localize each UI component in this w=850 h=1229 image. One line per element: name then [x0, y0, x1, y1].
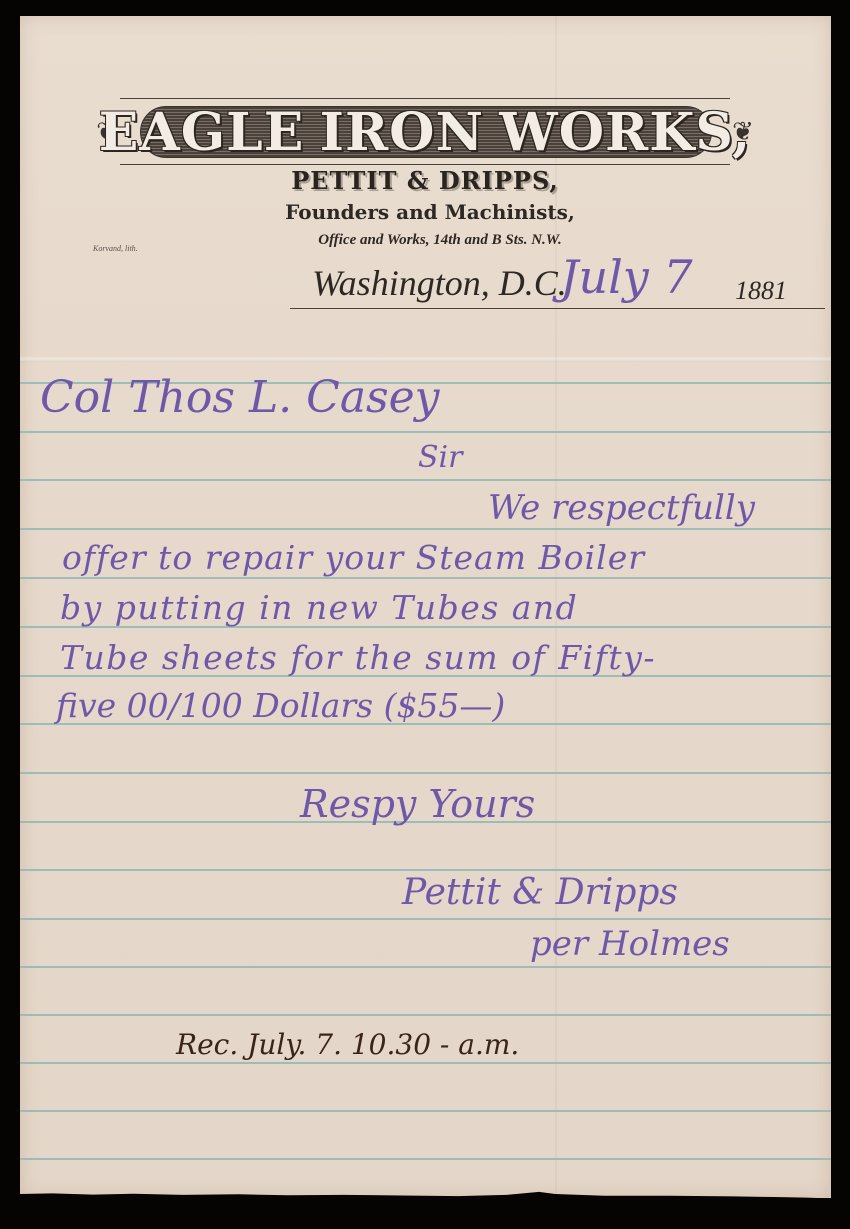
- addressee: Col Thos L. Casey: [40, 372, 440, 423]
- body-line-3: by putting in new Tubes and: [60, 588, 578, 627]
- received-note: Rec. July. 7. 10.30 - a.m.: [176, 1028, 519, 1061]
- body-line-1: We respectfully: [488, 488, 755, 528]
- paper-fold-crease: [20, 356, 831, 362]
- ruled-line: [20, 528, 831, 530]
- proprietors: PETTIT & DRIPPS,: [0, 166, 850, 195]
- ruled-line: [20, 918, 831, 920]
- signature: Pettit & Dripps: [402, 872, 678, 913]
- ruled-line: [20, 479, 831, 481]
- body-line-5: five 00/100 Dollars ($55—): [56, 686, 505, 725]
- valediction: Respy Yours: [300, 782, 535, 826]
- printed-place: Washington, D.C.: [312, 262, 567, 304]
- company-word-works: WORKS,: [499, 102, 751, 163]
- ruled-line: [20, 1062, 831, 1064]
- handwritten-date: July 7: [560, 250, 693, 304]
- company-name: EAGLE IRON WORKS,: [80, 102, 770, 163]
- ruled-line: [20, 577, 831, 579]
- company-word-eagle: EAGLE: [99, 102, 305, 163]
- body-line-2: offer to repair your Steam Boiler: [62, 538, 645, 577]
- dateline-rule: [290, 308, 825, 309]
- company-word-iron: IRON: [320, 102, 484, 163]
- body-line-4: Tube sheets for the sum of Fifty-: [60, 638, 656, 677]
- banner-rule-top: [120, 98, 730, 99]
- printed-year: 1881: [735, 276, 787, 306]
- trade-line: Founders and Machinists,: [0, 200, 850, 224]
- banner-rule-bottom: [120, 164, 730, 165]
- ruled-line: [20, 966, 831, 968]
- ruled-line: [20, 1110, 831, 1112]
- ruled-line: [20, 772, 831, 774]
- greeting: Sir: [418, 440, 463, 475]
- signature-per: per Holmes: [530, 924, 730, 964]
- ruled-line: [20, 1158, 831, 1160]
- letterhead-banner: ❦ ❦ EAGLE IRON WORKS,: [80, 90, 770, 176]
- ruled-line: [20, 869, 831, 871]
- lithographer-credit: Korvand, lith.: [93, 244, 138, 253]
- ruled-line: [20, 431, 831, 433]
- ruled-line: [20, 1014, 831, 1016]
